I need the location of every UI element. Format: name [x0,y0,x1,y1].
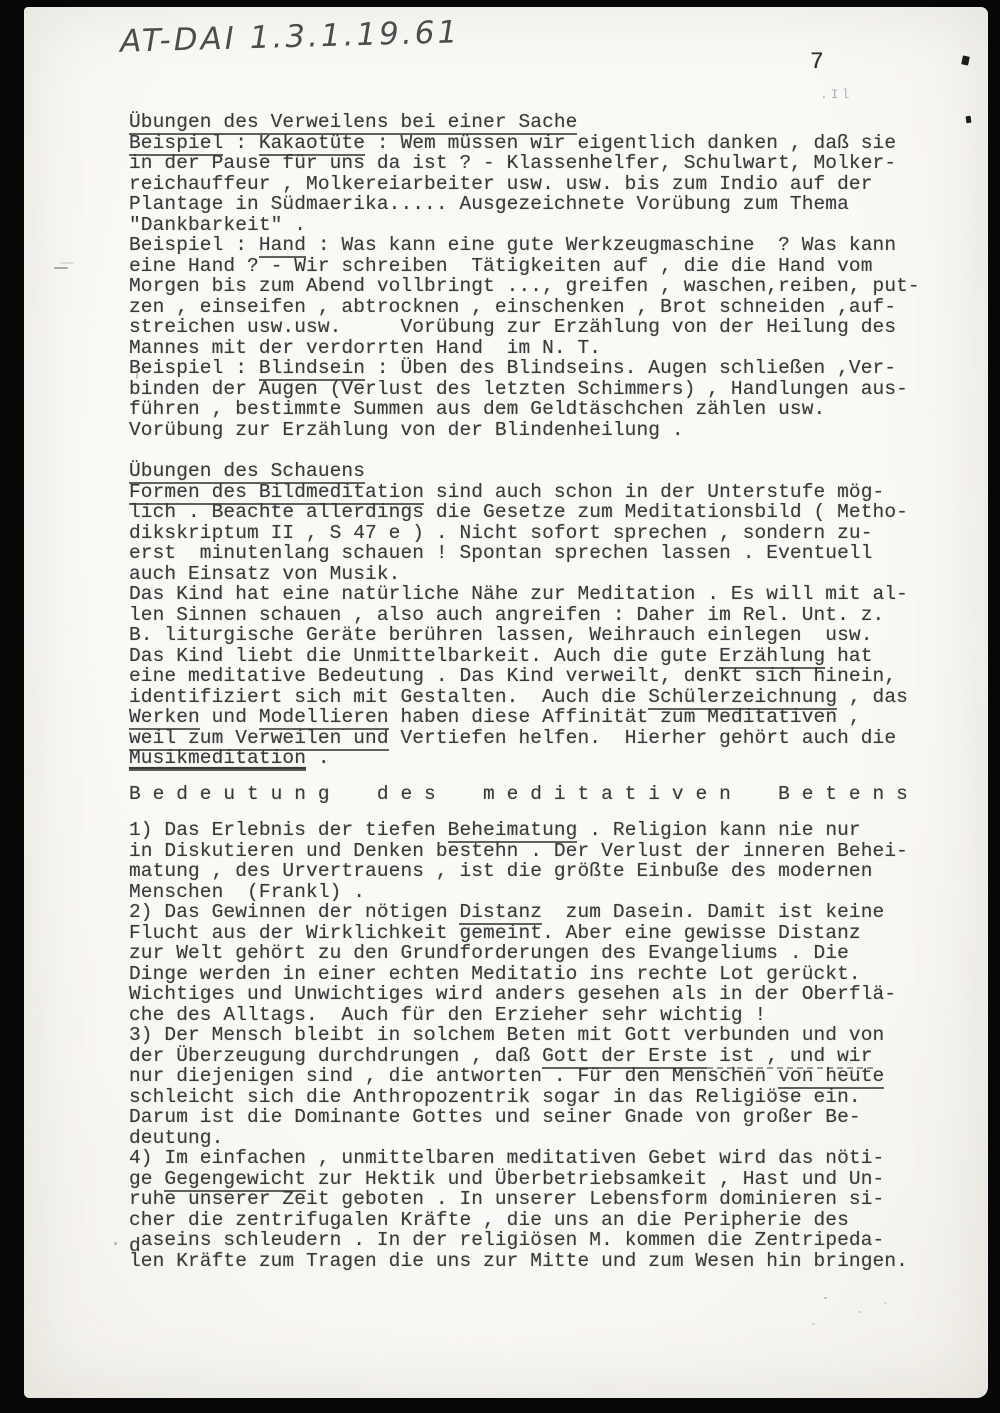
text-line: Das Kind liebt die Unmittelbarkeit. Auch… [129,646,974,667]
text-segment: auch Einsatz von Musik. [129,563,400,585]
text-segment: ge [129,1168,164,1190]
text-segment: 4) Im einfachen , unmittelbaren meditati… [129,1147,884,1169]
text-line: 3) Der Mensch bleibt in solchem Beten mi… [129,1025,974,1046]
text-segment: zur Welt gehört zu den Grundforderungen … [129,942,849,964]
text-line: deutung. [129,1128,974,1149]
text-line: 2) Das Gewinnen der nötigen Distanz zum … [129,902,974,923]
text-segment: streichen usw.usw. Vorübung zur Erzählun… [129,316,896,338]
text-segment: d [129,1235,141,1257]
text-line: Morgen bis zum Abend vollbringt ..., gre… [129,276,974,297]
text-segment: : Üben des Blindseins. Augen schließen ,… [365,357,896,379]
text-segment: haben diese Affinität zum Meditativen , [389,706,861,728]
text-segment: Flucht aus der Wirklichkeit gemeint. Abe… [129,922,861,944]
text-line: Plantage in Südmaerika..... Ausgezeichne… [129,194,974,215]
text-line: Dinge werden in einer echten Meditatio i… [129,964,974,985]
text-line: B. liturgische Geräte berühren lassen, W… [129,625,974,646]
text-segment: "Dankbarkeit" . [129,214,306,236]
text-line: che des Alltags. Auch für den Erzieher s… [129,1005,974,1026]
text-line: Darum ist die Dominante Gottes und seine… [129,1107,974,1128]
scan-background: AT-DAI 1.3.1.19.61 7 .Il Übungen des Ver… [0,0,1000,1413]
text-segment: , das [837,686,908,708]
text-segment: in Diskutieren und Denken bestehn . Der … [129,840,908,862]
text-line: Übungen des Verweilens bei einer Sache [129,112,974,133]
text-line: daseins schleudern . In der religiösen M… [129,1230,974,1251]
text-line: weil zum Verweilen und Vertiefen helfen.… [129,728,974,749]
text-line: identifiziert sich mit Gestalten. Auch d… [129,687,974,708]
text-line: ruhe unserer Zeit geboten . In unserer L… [129,1189,974,1210]
text-line: auch Einsatz von Musik. [129,564,974,585]
text-segment: Wichtiges und Unwichtiges wird anders ge… [129,983,896,1005]
text-line: der Überzeugung durchdrungen , daß Gott … [129,1046,974,1067]
text-line: dikskriptum II , S 47 e ) . Nicht sofort… [129,523,974,544]
text-line: Wichtiges und Unwichtiges wird anders ge… [129,984,974,1005]
section-bedeutung-heading: B e d e u t u n g d e s m e d i t a t i … [129,784,974,805]
text-line: Musikmeditation . [129,748,974,769]
document-text: Übungen des Verweilens bei einer SacheBe… [129,112,974,1271]
text-line: len Kräfte zum Tragen die uns zur Mitte … [129,1251,974,1272]
handwritten-annotation: AT-DAI 1.3.1.19.61 [120,14,461,59]
text-line: streichen usw.usw. Vorübung zur Erzählun… [129,317,974,338]
text-line: nur diejenigen sind , die antworten . Fü… [129,1066,974,1087]
text-line: Übungen des Schauens [129,461,974,482]
section-bedeutung-liste: 1) Das Erlebnis der tiefen Beheimatung .… [129,820,974,1271]
text-segment: Plantage in Südmaerika..... Ausgezeichne… [129,193,849,215]
scan-ghost-mark: .Il [820,87,852,102]
text-segment: lich . Beachte allerdings die Gesetze zu… [129,501,908,523]
text-line: Mannes mit der verdorrten Hand im N. T. [129,338,974,359]
text-segment: zum Dasein. Damit ist keine [542,901,884,923]
text-segment: Das Kind hat eine natürliche Nähe zur Me… [129,583,908,605]
text-segment: der Überzeugung durchdrungen , daß [129,1045,542,1067]
text-line: erst minutenlang schauen ! Spontan sprec… [129,543,974,564]
text-line: schleicht sich die Anthropozentrik sogar… [129,1087,974,1108]
text-line: Werken und Modellieren haben diese Affin… [129,707,974,728]
text-line: cher die zentrifugalen Kräfte , die uns … [129,1210,974,1231]
text-segment: Das Kind liebt die Unmittelbarkeit. Auch… [129,645,719,667]
text-segment: aseins schleudern . In der religiösen M.… [141,1229,885,1251]
text-segment: Vertiefen helfen. Hierher gehört auch di… [389,727,896,749]
text-segment: Menschen (Frankl) . [129,881,365,903]
text-segment: dikskriptum II , S 47 e ) . Nicht sofort… [129,522,873,544]
text-line: 4) Im einfachen , unmittelbaren meditati… [129,1148,974,1169]
text-segment: deutung. [129,1127,223,1149]
text-segment: Beispiel : [129,357,259,379]
text-line: Vorübung zur Erzählung von der Blindenhe… [129,420,974,441]
text-segment: nur diejenigen sind , die antworten . Fü… [129,1065,778,1087]
scan-speck [824,1297,827,1299]
text-line: Flucht aus der Wirklichkeit gemeint. Abe… [129,923,974,944]
text-line: Beispiel : Kakaotüte : Wem müssen wir ei… [129,133,974,154]
paper: AT-DAI 1.3.1.19.61 7 .Il Übungen des Ver… [24,7,988,1398]
text-line: Beispiel : Blindsein : Üben des Blindsei… [129,358,974,379]
text-line: lich . Beachte allerdings die Gesetze zu… [129,502,974,523]
section-uebungen-des-schauens: Übungen des SchauensFormen des Bildmedit… [129,461,974,769]
text-line: Beispiel : Hand : Was kann eine gute Wer… [129,235,974,256]
text-segment: binden der Augen (Verlust des letzten Sc… [129,378,908,400]
text-line: binden der Augen (Verlust des letzten Sc… [129,379,974,400]
text-line: "Dankbarkeit" . [129,215,974,236]
text-segment: eine meditative Bedeutung . Das Kind ver… [129,665,896,687]
text-line: führen , bestimmte Summen aus dem Geldtä… [129,399,974,420]
text-line: eine meditative Bedeutung . Das Kind ver… [129,666,974,687]
text-segment: matung , des Urvertrauens , ist die größ… [129,860,873,882]
scan-speck [966,116,972,124]
text-segment: sind auch schon in der Unterstufe mög- [424,481,884,503]
text-segment: Dinge werden in einer echten Meditatio i… [129,963,861,985]
text-segment: B. liturgische Geräte berühren lassen, W… [129,624,873,646]
text-segment: Darum ist die Dominante Gottes und seine… [129,1106,861,1128]
text-segment: len Kräfte zum Tragen die uns zur Mitte … [129,1250,908,1272]
text-segment: cher die zentrifugalen Kräfte , die uns … [129,1209,849,1231]
text-segment: und [200,706,259,728]
text-line: 1) Das Erlebnis der tiefen Beheimatung .… [129,820,974,841]
text-segment: erst minutenlang schauen ! Spontan sprec… [129,542,873,564]
text-segment: 3) Der Mensch bleibt in solchem Beten mi… [129,1024,884,1046]
text-segment: Beispiel : [129,234,259,256]
text-segment: zen , einseifen , abtrocknen , einschenk… [129,296,896,318]
text-line: Formen des Bildmeditation sind auch scho… [129,482,974,503]
text-segment: : Wem müssen wir eigentlich danken , daß… [365,132,896,154]
scan-speck [114,1242,117,1245]
text-line: matung , des Urvertrauens , ist die größ… [129,861,974,882]
text-segment: zur Hektik und Überbetriebsamkeit , Hast… [306,1168,884,1190]
page-number: 7 [810,49,824,75]
text-line: in der Pause für uns da ist ? - Klassenh… [129,153,974,174]
text-segment: . Religion kann nie nur [577,819,860,841]
text-line: in Diskutieren und Denken bestehn . Der … [129,841,974,862]
text-segment: in der Pause für uns da ist ? - Klassenh… [129,152,896,174]
text-segment: Vorübung zur Erzählung von der Blindenhe… [129,419,684,441]
margin-artifact [54,267,68,269]
text-line: eine Hand ? - Wir schreiben Tätigkeiten … [129,256,974,277]
text-segment: B e d e u t u n g d e s m e d i t a t i … [129,783,908,805]
text-segment: 2) Das Gewinnen der nötigen [129,901,459,923]
text-segment: ruhe unserer Zeit geboten . In unserer L… [129,1188,884,1210]
text-segment: 1) Das Erlebnis der tiefen [129,819,448,841]
text-segment: führen , bestimmte Summen aus dem Geldtä… [129,398,825,420]
text-segment: len Sinnen schauen , also auch angreifen… [129,604,884,626]
text-segment: identifiziert sich mit Gestalten. Auch d… [129,686,648,708]
text-segment: . [306,747,330,769]
text-segment: eine Hand ? - Wir schreiben Tätigkeiten … [129,255,873,277]
text-segment: : Was kann eine gute Werkzeugmaschine ? … [306,234,896,256]
text-segment: Mannes mit der verdorrten Hand im N. T. [129,337,601,359]
text-segment: : [223,132,258,154]
text-segment: hat [825,645,872,667]
scan-speck [961,55,970,65]
text-line: reichauffeur , Molkereiarbeiter usw. usw… [129,174,974,195]
text-line: Menschen (Frankl) . [129,882,974,903]
text-segment: Morgen bis zum Abend vollbringt ..., gre… [129,275,920,297]
text-segment: che des Alltags. Auch für den Erzieher s… [129,1004,766,1026]
section-uebungen-des-verweilens: Übungen des Verweilens bei einer SacheBe… [129,112,974,440]
text-line: Das Kind hat eine natürliche Nähe zur Me… [129,584,974,605]
text-line: ge Gegengewicht zur Hektik und Überbetri… [129,1169,974,1190]
text-line: len Sinnen schauen , also auch angreifen… [129,605,974,626]
text-segment: reichauffeur , Molkereiarbeiter usw. usw… [129,173,873,195]
text-line: B e d e u t u n g d e s m e d i t a t i … [129,784,974,805]
scanned-document-page: { "page": { "annotation": "AT-DAI 1.3.1.… [0,0,1000,1413]
scan-speck [136,373,138,379]
text-line: zur Welt gehört zu den Grundforderungen … [129,943,974,964]
text-segment: schleicht sich die Anthropozentrik sogar… [129,1086,861,1108]
underlined-phrase: Musikmeditation [129,747,306,771]
text-line: zen , einseifen , abtrocknen , einschenk… [129,297,974,318]
